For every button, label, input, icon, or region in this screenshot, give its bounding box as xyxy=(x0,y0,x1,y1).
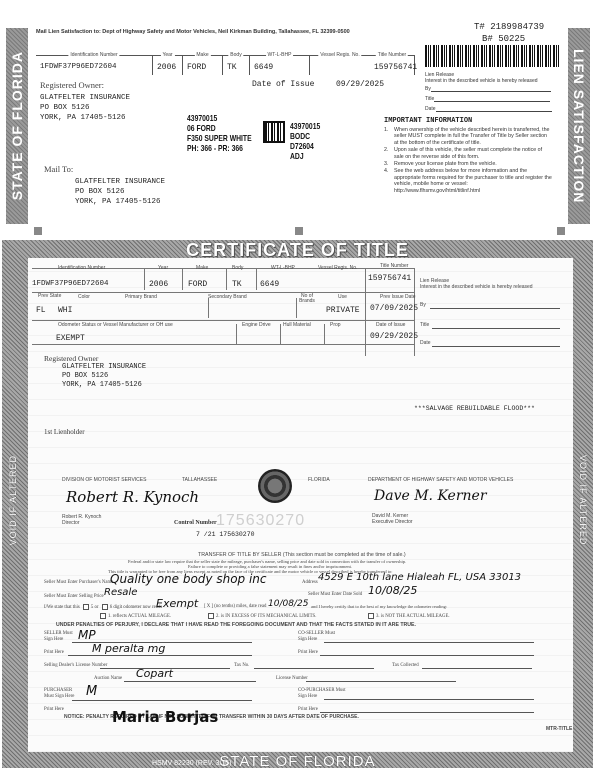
t-number: T# 2189984739 xyxy=(474,22,544,32)
body: TK xyxy=(232,280,242,289)
corner-code: MTR-TITLE xyxy=(546,726,572,732)
weight: 6649 xyxy=(260,280,279,289)
lien-title-field[interactable] xyxy=(432,328,560,329)
six-digit-checkbox[interactable] xyxy=(102,604,108,610)
date-read-input[interactable]: 10/08/25 xyxy=(268,599,308,609)
state-label: FLORIDA xyxy=(308,477,330,483)
five-digit-checkbox[interactable] xyxy=(83,604,89,610)
mail-to-address: GLATFELTER INSURANCE PO BOX 5126 YORK, P… xyxy=(75,177,165,207)
city-label: TALLAHASSEE xyxy=(182,477,217,483)
owner-address: GLATFELTER INSURANCE PO BOX 5126 YORK, P… xyxy=(62,363,146,390)
date-sold-input[interactable]: 10/08/25 xyxy=(368,584,417,597)
lien-satisfaction-stub: STATE OF FLORIDA LIEN SATISFACTION Mail … xyxy=(0,0,593,240)
color: WHI xyxy=(58,306,72,315)
side-label-left: STATE OF FLORIDA xyxy=(9,51,25,200)
seller-print-name[interactable]: M peralta mg xyxy=(92,642,165,655)
auction-name-input[interactable]: Copart xyxy=(136,667,173,680)
state-of-florida-band: STATE OF FLORIDA xyxy=(6,28,28,224)
lien-satisfaction-band: LIEN SATISFACTION xyxy=(568,28,590,224)
odometer-statement: I/We state that this 5 or 6 digit odomet… xyxy=(44,604,162,610)
odometer-reading-input[interactable]: Exempt xyxy=(156,597,198,610)
selling-price-input[interactable]: Resale xyxy=(104,587,137,598)
tax-collected-field[interactable] xyxy=(422,668,532,669)
certificate-title: CERTIFICATE OF TITLE xyxy=(2,240,593,260)
stub-owner-address: GLATFELTER INSURANCE PO BOX 5126 YORK, P… xyxy=(40,93,130,123)
brand-notice: ***SALVAGE REBUILDABLE FLOOD*** xyxy=(414,405,535,412)
coseller-print-field[interactable] xyxy=(320,655,534,656)
sticker-left: 43970015 06 FORD F350 SUPER WHITE PH: 36… xyxy=(187,113,252,153)
mail-to-label: Mail To: xyxy=(44,164,73,174)
excess-mileage-checkbox[interactable] xyxy=(208,613,214,619)
info-item: 2.Upon sale of this vehicle, the seller … xyxy=(384,147,552,160)
director-signature: Robert R. Kynoch xyxy=(66,488,199,506)
state-seal-icon xyxy=(258,469,292,503)
control-number-ghost: 175630270 xyxy=(216,512,305,530)
barcode xyxy=(425,45,561,67)
important-info-heading: IMPORTANT INFORMATION xyxy=(384,117,472,125)
stub-body-field: Body TK xyxy=(223,55,250,75)
info-item: 4.See the web address below for more inf… xyxy=(384,168,552,194)
certificate-body: Identification Number 1FDWF37P96ED72604 … xyxy=(28,258,573,752)
prev-issue-date: 07/09/2025 xyxy=(370,304,418,313)
lien-date-field[interactable] xyxy=(432,346,560,347)
registered-owner-label: Registered Owner xyxy=(44,354,98,363)
perjury-statement: UNDER PENALTIES OF PERJURY, I DECLARE TH… xyxy=(56,622,416,628)
tenths-mark[interactable]: X xyxy=(207,604,210,609)
purchaser-signature[interactable]: M xyxy=(86,684,97,699)
lien-by-field[interactable] xyxy=(430,308,560,309)
certificate-of-title: CERTIFICATE OF TITLE VOID IF ALTERED VOI… xyxy=(2,240,593,768)
stub-lien-title-field[interactable] xyxy=(434,95,550,102)
license-number-field[interactable] xyxy=(306,681,456,682)
purchaser-name-input[interactable]: Quality one body shop inc xyxy=(110,572,267,586)
stub-vessel-field: Vessel Regis. No. xyxy=(310,55,370,75)
void-band-left: VOID IF ALTERED xyxy=(6,440,20,560)
sticker-right: 43970015 BODC D72604 ADJ xyxy=(290,121,320,161)
stub-id-field: Identification Number 1FDWF37P96ED72604 xyxy=(36,55,153,75)
use: PRIVATE xyxy=(326,306,360,315)
qr-code xyxy=(263,121,285,143)
control-number-label: Control Number xyxy=(174,520,217,526)
stub-year-field: Year 2006 xyxy=(153,55,183,75)
alignment-mark xyxy=(295,227,303,235)
seller-signature[interactable]: MP xyxy=(78,628,96,642)
b-number: B# 50225 xyxy=(482,34,525,44)
info-item: 3.Remove your license plate from the veh… xyxy=(384,161,552,167)
form-code: HSMV 82230 (REV. 3/15) xyxy=(152,760,232,767)
control-number: 7 /21 175630270 xyxy=(196,531,255,538)
stub-lien-date-field[interactable] xyxy=(436,105,552,112)
tax-no-field[interactable] xyxy=(254,668,374,669)
stub-wt-field: WT-L-BHP 6649 xyxy=(250,55,310,75)
vin: 1FDWF37P96ED72604 xyxy=(32,280,109,288)
stub-make-field: Make FORD xyxy=(183,55,223,75)
purchaser-print-name[interactable]: Maria Borjas xyxy=(112,708,218,726)
date-of-issue-label: Date of Issue xyxy=(252,80,314,89)
lienholder-label: 1st Lienholder xyxy=(44,428,85,436)
make: FORD xyxy=(188,280,207,289)
not-actual-mileage-checkbox[interactable] xyxy=(368,613,374,619)
purchaser-address-input[interactable]: 4529 E 10th lane Hialeah FL, USA 33013 xyxy=(318,572,521,583)
transfer-heading: TRANSFER OF TITLE BY SELLER (This sectio… xyxy=(198,552,406,558)
alignment-mark xyxy=(557,227,565,235)
date-of-issue: 09/29/2025 xyxy=(370,332,418,341)
stub-registered-owner-label: Registered Owner: xyxy=(40,80,104,90)
title-number: 159756741 xyxy=(368,274,411,283)
void-band-right: VOID IF ALTERED xyxy=(576,440,590,560)
stub-lien-by-field[interactable] xyxy=(431,85,551,92)
date-of-issue-value: 09/29/2025 xyxy=(336,80,384,89)
stub-title-field: Title Number 159756741 xyxy=(370,55,415,75)
prev-state: FL xyxy=(36,306,46,315)
alignment-mark xyxy=(34,227,42,235)
lien-release-text: Interest in the described vehicle is her… xyxy=(420,284,533,290)
department-label: DEPARTMENT OF HIGHWAY SAFETY AND MOTOR V… xyxy=(368,477,513,483)
state-of-florida-footer: STATE OF FLORIDA xyxy=(2,753,593,768)
copurchaser-print-field[interactable] xyxy=(320,712,534,713)
coseller-signature-field[interactable] xyxy=(324,642,534,643)
side-label-right: LIEN SATISFACTION xyxy=(571,49,587,203)
year: 2006 xyxy=(149,280,168,289)
mail-instruction: Mail Lien Satisfaction to: Dept of Highw… xyxy=(36,29,350,35)
stub-lien-release: Lien Release Interest in the described v… xyxy=(425,72,561,112)
executive-signature: Dave M. Kerner xyxy=(374,488,487,504)
copurchaser-signature-field[interactable] xyxy=(324,699,534,700)
actual-mileage-checkbox[interactable] xyxy=(100,613,106,619)
important-info-list: 1.When ownership of the vehicle describe… xyxy=(384,127,552,195)
division-label: DIVISION OF MOTORIST SERVICES xyxy=(62,477,146,483)
info-item: 1.When ownership of the vehicle describe… xyxy=(384,127,552,146)
odometer-status: EXEMPT xyxy=(56,334,85,343)
stub-vin: 1FDWF37P96ED72604 xyxy=(40,63,117,71)
